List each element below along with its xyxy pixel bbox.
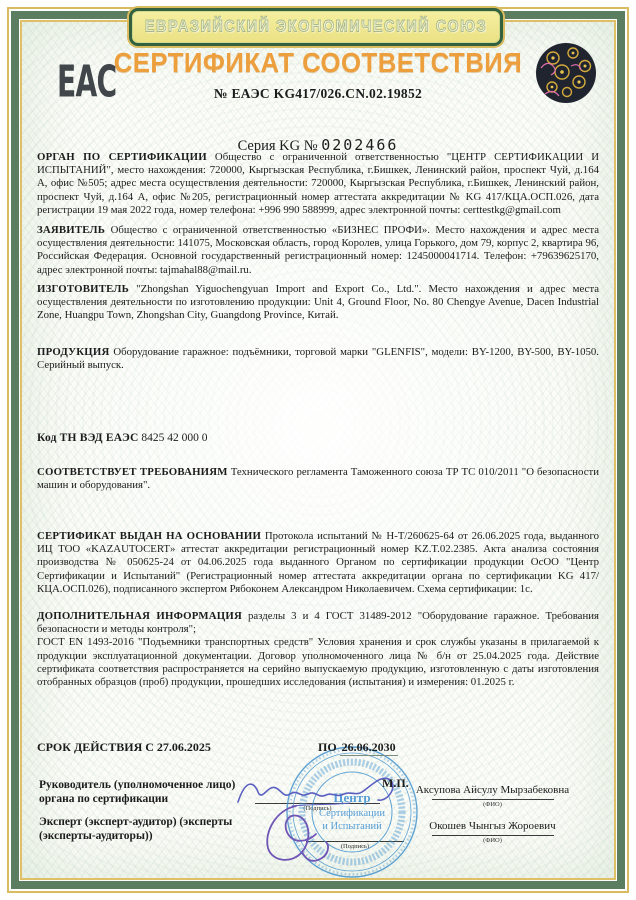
expert-role-label: Эксперт (эксперт-аудитор) (эксперты (экс… — [39, 815, 251, 843]
section-product: ПРОДУКЦИЯ Оборудование гаражное: подъёмн… — [37, 346, 599, 372]
section-compliance: СООТВЕТСТВУЕТ ТРЕБОВАНИЯМ Технического р… — [37, 466, 599, 492]
expert-name-line — [432, 835, 554, 836]
head-role-label: Руководитель (уполномоченное лицо) орган… — [39, 778, 251, 806]
union-banner: ЕВРАЗИЙСКИЙ ЭКОНОМИЧЕСКИЙ СОЮЗ — [129, 8, 503, 46]
section-certification-body: ОРГАН ПО СЕРТИФИКАЦИИ Общество с огранич… — [37, 151, 599, 217]
certificate-page: ЕВРАЗИЙСКИЙ ЭКОНОМИЧЕСКИЙ СОЮЗ ЕАС СЕРТИ… — [0, 0, 636, 900]
section-additional-info: ДОПОЛНИТЕЛЬНАЯ ИНФОРМАЦИЯ разделы 3 и 4 … — [37, 610, 599, 689]
head-name-line — [432, 799, 554, 800]
section-tnved-code: Код ТН ВЭД ЕАЭС 8425 42 000 0 — [37, 432, 599, 445]
expert-name: Окошев Чынгыз Жороевич (ФИО) — [410, 820, 575, 844]
validity-to: ПО 26.06.2030 — [318, 740, 398, 755]
section-manufacturer: ИЗГОТОВИТЕЛЬ "Zhongshan Yiguochengyuan I… — [37, 283, 599, 323]
expert-signature-ink — [258, 798, 363, 868]
validity-from: СРОК ДЕЙСТВИЯ С 27.06.2025 — [37, 740, 211, 754]
validity-row: СРОК ДЕЙСТВИЯ С 27.06.2025 ПО 26.06.2030 — [37, 740, 599, 755]
eac-mark-logo: ЕАС — [57, 60, 116, 103]
seal-place-label: М.П. — [382, 776, 409, 791]
section-basis: СЕРТИФИКАТ ВЫДАН НА ОСНОВАНИИ Протокола … — [37, 530, 599, 596]
section-applicant: ЗАЯВИТЕЛЬ Общество с ограниченной ответс… — [37, 224, 599, 277]
union-banner-text: ЕВРАЗИЙСКИЙ ЭКОНОМИЧЕСКИЙ СОЮЗ — [145, 18, 487, 36]
head-name: Аксупова Айсулу Мырзабековна (ФИО) — [410, 784, 575, 808]
hologram-seal-icon — [535, 42, 597, 104]
